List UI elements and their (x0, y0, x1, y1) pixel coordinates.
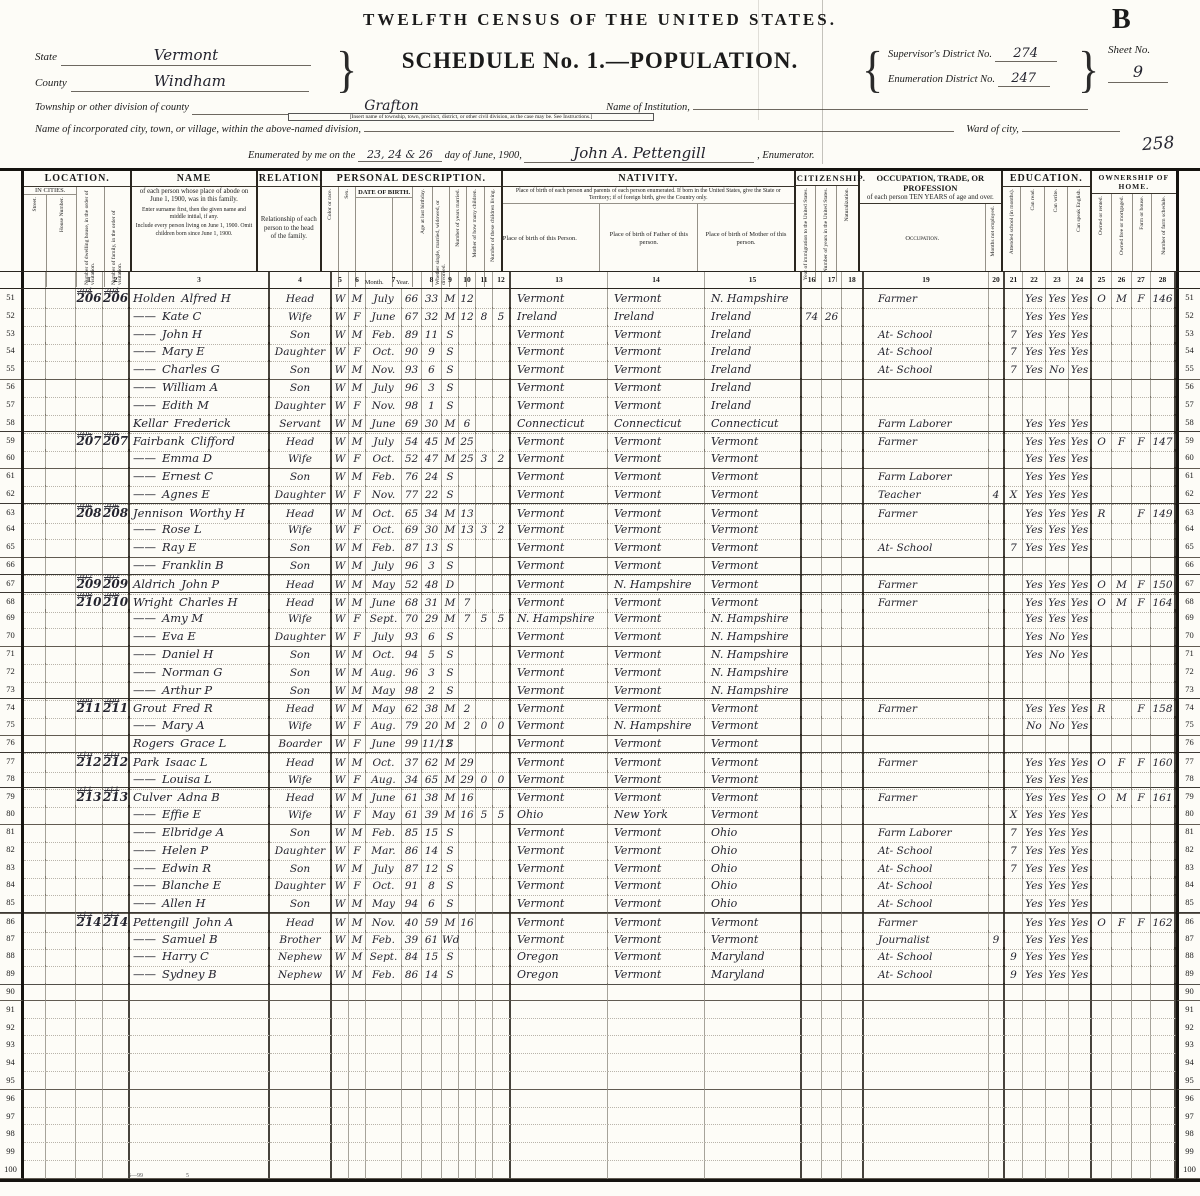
table-row: 56——William ASonWMJuly963SVermontVermont… (0, 378, 1200, 396)
fob-column-label: Place of birth of Father of this person. (600, 229, 697, 247)
cell-mort (1112, 1143, 1132, 1161)
cell-mcl (493, 1019, 511, 1037)
table-row: 9898 (0, 1125, 1200, 1143)
cell-family (103, 1143, 130, 1161)
nativity-desc: Place of birth of each person and parent… (503, 187, 794, 204)
table-row: 9090 (0, 983, 1200, 1001)
cell-read (1023, 1072, 1046, 1090)
table-row: 87——Samuel BBrotherWMFeb.3961WdVermontVe… (0, 930, 1200, 948)
cell-mcl (493, 1072, 511, 1090)
row-number: 99 (1176, 1143, 1200, 1161)
column-number: 23 (1046, 272, 1069, 288)
cell-pob (511, 1125, 608, 1143)
cell-mcl (493, 1036, 511, 1054)
cell-name (130, 1161, 270, 1179)
cell-age (422, 1125, 442, 1143)
table-row: 77210212210212ParkIsaac LHeadWMOct.3762M… (0, 752, 1200, 770)
enumerated-dates: 23, 24 & 26 (367, 148, 433, 161)
cell-eng (1069, 1108, 1092, 1126)
cell-ym (459, 1054, 476, 1072)
years-married-column-label: Number of years married. (455, 187, 461, 249)
cell-house (46, 1036, 76, 1054)
cell-sex (349, 1090, 366, 1108)
cell-own (1092, 1161, 1112, 1179)
cell-read (1023, 1036, 1046, 1054)
table-row: 58KellarFrederickServantWMJune6930M6Conn… (0, 414, 1200, 432)
table-row: 62——Agnes EDaughterWFNov.7722SVermontVer… (0, 485, 1200, 503)
column-number: 5 (332, 272, 349, 288)
cell-dwelling (76, 1161, 103, 1179)
cell-mob (705, 1090, 802, 1108)
institution-label: Name of Institution, (606, 102, 690, 113)
row-number: 95 (1176, 1072, 1200, 1090)
cell-imm (802, 1161, 822, 1179)
group-name-title: NAME (132, 171, 256, 187)
cell-fob (608, 1054, 705, 1072)
cell-pob (511, 983, 608, 1001)
column-number: 26 (1112, 272, 1132, 288)
cell-fob (608, 1125, 705, 1143)
group-personal-title: PERSONAL DESCRIPTION. (322, 171, 501, 187)
column-number: 25 (1092, 272, 1112, 288)
row-number: 97 (0, 1108, 24, 1126)
cell-own (1092, 1001, 1112, 1019)
cell-eng (1069, 1090, 1092, 1108)
cell-mne (989, 1143, 1005, 1161)
cell-moc (476, 983, 493, 1001)
table-row: 75——Mary AWifeWFAug.7920M200VermontN. Ha… (0, 716, 1200, 734)
cell-pob (511, 1143, 608, 1161)
column-number: 16 (802, 272, 822, 288)
cell-ym (459, 1019, 476, 1037)
can-english-column-label: Can speak English. (1076, 187, 1082, 234)
cell-name (130, 1054, 270, 1072)
cell-write (1046, 1036, 1069, 1054)
county-value: Windham (154, 72, 226, 90)
cell-month (366, 1108, 402, 1126)
cell-year (402, 1125, 422, 1143)
cell-moc (476, 1019, 493, 1037)
cell-dwelling (76, 1108, 103, 1126)
cell-street (24, 1001, 46, 1019)
cell-house (46, 1125, 76, 1143)
column-number-row: 1234567891011121314151617181920212223242… (0, 272, 1200, 289)
county-field: County Windham (35, 72, 309, 92)
cell-marital (442, 1143, 459, 1161)
months-not-employed-column-label: Months not employed. (990, 204, 996, 259)
can-read-column-label: Can read. (1030, 187, 1036, 212)
cell-sex (349, 1001, 366, 1019)
enumerated-mid: day of June, 1900, (445, 150, 522, 161)
table-row: 70——Eva EDaughterWFJuly936SVermontVermon… (0, 627, 1200, 645)
cell-dwelling (76, 983, 103, 1001)
cell-own (1092, 1054, 1112, 1072)
cell-farm (1132, 1143, 1151, 1161)
cell-pob (511, 1036, 608, 1054)
cell-nat (842, 1072, 864, 1090)
cell-own (1092, 1019, 1112, 1037)
cell-sex (349, 1072, 366, 1090)
cell-yus (822, 1161, 842, 1179)
cell-sex (349, 983, 366, 1001)
cell-month (366, 1090, 402, 1108)
cell-moc (476, 1143, 493, 1161)
page-letter: B (1112, 4, 1131, 36)
cell-month (366, 983, 402, 1001)
cell-occ (864, 1108, 989, 1126)
cell-imm (802, 1090, 822, 1108)
cell-write (1046, 1143, 1069, 1161)
cell-occ (864, 1143, 989, 1161)
cell-mne (989, 1072, 1005, 1090)
cell-marital (442, 1161, 459, 1179)
cell-own (1092, 1125, 1112, 1143)
age-column-label: Age at last birthday. (420, 187, 426, 236)
cell-dwelling (76, 1143, 103, 1161)
cell-farm (1132, 1001, 1151, 1019)
children-living-column-label: Number of these children living. (490, 187, 496, 264)
cell-marital (442, 1072, 459, 1090)
cell-month (366, 1019, 402, 1037)
cell-mcl (493, 1054, 511, 1072)
cell-relation (270, 1161, 332, 1179)
cell-mort (1112, 1036, 1132, 1054)
cell-fob (608, 1161, 705, 1179)
cell-write (1046, 1054, 1069, 1072)
column-number: 28 (1151, 272, 1176, 288)
street-column-label: Street. (32, 195, 38, 213)
cell-own (1092, 1143, 1112, 1161)
cell-family (103, 1036, 130, 1054)
cell-sch (1005, 1072, 1023, 1090)
row-number: 94 (1176, 1054, 1200, 1072)
in-cities-label: IN CITIES. (24, 187, 76, 195)
cell-house (46, 1072, 76, 1090)
cell-imm (802, 1001, 822, 1019)
cell-sched (1151, 1108, 1176, 1126)
cell-sch (1005, 1090, 1023, 1108)
census-sheet: TWELFTH CENSUS OF THE UNITED STATES. B S… (0, 0, 1200, 1196)
cell-moc (476, 1054, 493, 1072)
cell-family (103, 1108, 130, 1126)
table-row: 73——Arthur PSonWMMay982SVermontVermontN.… (0, 681, 1200, 699)
cell-relation (270, 1054, 332, 1072)
cell-farm (1132, 1019, 1151, 1037)
cell-yus (822, 1001, 842, 1019)
cell-mort (1112, 1125, 1132, 1143)
cell-mob (705, 1143, 802, 1161)
cell-own (1092, 1072, 1112, 1090)
cell-ym (459, 983, 476, 1001)
cell-pob (511, 1054, 608, 1072)
cell-fob (608, 1072, 705, 1090)
cell-yus (822, 1108, 842, 1126)
cell-own (1092, 1036, 1112, 1054)
sheet-number-field: Sheet No. 9 (1108, 44, 1188, 83)
cell-name (130, 1072, 270, 1090)
cell-write (1046, 1125, 1069, 1143)
cell-read (1023, 1001, 1046, 1019)
cell-imm (802, 1072, 822, 1090)
cell-eng (1069, 1019, 1092, 1037)
cell-mort (1112, 1072, 1132, 1090)
column-number: 20 (989, 272, 1005, 288)
row-number: 97 (1176, 1108, 1200, 1126)
column-number (24, 272, 46, 288)
cell-read (1023, 1161, 1046, 1179)
cell-sex (349, 1036, 366, 1054)
cell-read (1023, 1125, 1046, 1143)
cell-write (1046, 1019, 1069, 1037)
cell-write (1046, 1001, 1069, 1019)
cell-sched (1151, 1054, 1176, 1072)
header-right-margin (1176, 171, 1200, 271)
cell-age (422, 1072, 442, 1090)
cell-mob (705, 1161, 802, 1179)
supervisors-district-value: 274 (1013, 46, 1038, 61)
brace-left-district: { (862, 40, 883, 99)
cell-marital (442, 1125, 459, 1143)
cell-age (422, 1090, 442, 1108)
cell-pob (511, 1108, 608, 1126)
state-value: Vermont (154, 46, 218, 64)
enumerated-prefix: Enumerated by me on the (248, 150, 355, 161)
column-number: 13 (511, 272, 608, 288)
cell-street (24, 1054, 46, 1072)
cell-moc (476, 1108, 493, 1126)
table-row: 74209211209211GroutFred RHeadWMMay6238M2… (0, 698, 1200, 716)
cell-sched (1151, 1125, 1176, 1143)
cell-farm (1132, 1036, 1151, 1054)
cell-nat (842, 1125, 864, 1143)
name-desc-2: Enter surname first, then the given name… (132, 206, 256, 222)
column-number: 10 (459, 272, 476, 288)
cell-marital (442, 1019, 459, 1037)
cell-relation (270, 983, 332, 1001)
group-education-title: EDUCATION. (1003, 171, 1090, 187)
table-row: 9191 (0, 1001, 1200, 1019)
cell-fob (608, 1090, 705, 1108)
column-number (46, 272, 76, 288)
cell-name (130, 1125, 270, 1143)
sheet-header: TWELFTH CENSUS OF THE UNITED STATES. B S… (0, 0, 1200, 166)
cell-imm (802, 1054, 822, 1072)
group-personal: PERSONAL DESCRIPTION. Color or race. Sex… (322, 171, 503, 271)
row-number: 92 (0, 1019, 24, 1037)
cell-imm (802, 1143, 822, 1161)
table-row: 89——Sydney BNephewWMFeb.8614SOregonVermo… (0, 965, 1200, 983)
cell-mort (1112, 983, 1132, 1001)
cell-farm (1132, 1108, 1151, 1126)
row-number: 98 (0, 1125, 24, 1143)
cell-mort (1112, 1161, 1132, 1179)
cell-name (130, 983, 270, 1001)
group-relation: RELATION. Relationship of each person to… (258, 171, 322, 271)
cell-year (402, 983, 422, 1001)
cell-street (24, 1143, 46, 1161)
table-row: 63206208206208JennisonWorthy HHeadWMOct.… (0, 503, 1200, 521)
cell-write (1046, 983, 1069, 1001)
cell-marital (442, 1036, 459, 1054)
cell-sch (1005, 1054, 1023, 1072)
column-number: 24 (1069, 272, 1092, 288)
table-row: 84——Blanche EDaughterWFOct.918SVermontVe… (0, 876, 1200, 894)
cell-relation (270, 1143, 332, 1161)
cell-fob (608, 1108, 705, 1126)
cell-age (422, 1161, 442, 1179)
table-row: 82——Helen PDaughterWFMar.8614SVermontVer… (0, 841, 1200, 859)
row-number: 93 (0, 1036, 24, 1054)
cell-year (402, 1161, 422, 1179)
cell-month (366, 1072, 402, 1090)
group-name: NAME of each person whose place of abode… (132, 171, 258, 271)
cell-relation (270, 1001, 332, 1019)
cell-mob (705, 1054, 802, 1072)
cell-sch (1005, 1108, 1023, 1126)
district-block: Supervisor's District No. 274 Enumeratio… (888, 46, 1098, 96)
print-code-2: 5 (186, 1173, 189, 1179)
cell-dwelling (76, 1019, 103, 1037)
table-row: 80——Effie EWifeWFMay6139M1655OhioNew Yor… (0, 805, 1200, 823)
farm-schedule-column-label: Number of farm schedule. (1161, 194, 1167, 257)
cell-imm (802, 1125, 822, 1143)
table-header: LOCATION. IN CITIES. Street. House Numbe… (0, 171, 1200, 272)
cell-yus (822, 1036, 842, 1054)
cell-house (46, 1090, 76, 1108)
cell-mne (989, 983, 1005, 1001)
table-row: 9595 (0, 1072, 1200, 1090)
cell-relation (270, 1090, 332, 1108)
cell-house (46, 1001, 76, 1019)
sheet-number-value: 9 (1133, 62, 1143, 81)
cell-mcl (493, 983, 511, 1001)
cell-nat (842, 1019, 864, 1037)
cell-sch (1005, 983, 1023, 1001)
column-number: 9 (442, 272, 459, 288)
cell-nat (842, 1001, 864, 1019)
table-row: 61——Ernest CSonWMFeb.7624SVermontVermont… (0, 467, 1200, 485)
cell-imm (802, 1108, 822, 1126)
table-row: 68208210208210WrightCharles HHeadWMJune6… (0, 592, 1200, 610)
cell-imm (802, 1019, 822, 1037)
table-row: 9292 (0, 1019, 1200, 1037)
cell-month (366, 1125, 402, 1143)
cell-yus (822, 1090, 842, 1108)
cell-color (332, 1090, 349, 1108)
table-row: 55——Charles GSonWMNov.936SVermontVermont… (0, 360, 1200, 378)
cell-yus (822, 1072, 842, 1090)
cell-fob (608, 1036, 705, 1054)
table-row: 69——Amy MWifeWFSept.7029M755N. Hampshire… (0, 609, 1200, 627)
table-row: 9797 (0, 1108, 1200, 1126)
cell-marital (442, 1108, 459, 1126)
table-row: 60——Emma DWifeWFOct.5247M2532VermontVerm… (0, 449, 1200, 467)
table-row: 78——Louisa LWifeWFAug.3465M2900VermontVe… (0, 770, 1200, 788)
cell-mcl (493, 1108, 511, 1126)
supervisors-district-label: Supervisor's District No. (888, 49, 992, 60)
cell-mne (989, 1090, 1005, 1108)
cell-pob (511, 1161, 608, 1179)
cell-yus (822, 1125, 842, 1143)
cell-imm (802, 983, 822, 1001)
cell-mne (989, 1125, 1005, 1143)
cell-ym (459, 1125, 476, 1143)
cell-mort (1112, 1019, 1132, 1037)
table-body: 51204206204206HoldenAlfred HHeadWMJuly66… (0, 289, 1200, 1182)
cell-month (366, 1036, 402, 1054)
supervisors-district-field: Supervisor's District No. 274 (888, 46, 1098, 62)
cell-name (130, 1019, 270, 1037)
table-row: 81——Elbridge ASonWMFeb.8515SVermontVermo… (0, 823, 1200, 841)
cell-house (46, 1019, 76, 1037)
column-number: 6 (349, 272, 366, 288)
cell-mort (1112, 1108, 1132, 1126)
mob-column-label: Place of birth of Mother of this person. (698, 229, 794, 247)
cell-name (130, 1001, 270, 1019)
cell-farm (1132, 983, 1151, 1001)
cell-mne (989, 1054, 1005, 1072)
cell-write (1046, 1072, 1069, 1090)
cell-color (332, 1054, 349, 1072)
table-row: 100100 (0, 1161, 1200, 1179)
cell-house (46, 1054, 76, 1072)
cell-moc (476, 1036, 493, 1054)
cell-eng (1069, 1054, 1092, 1072)
cell-relation (270, 1072, 332, 1090)
group-ownership: OWNERSHIP OF HOME. Owned or rented. Owne… (1092, 171, 1176, 271)
cell-pob (511, 1072, 608, 1090)
name-desc-1: of each person whose place of abode on J… (132, 187, 256, 206)
cell-ym (459, 1161, 476, 1179)
years-us-column-label: Number of years in the United States. (823, 186, 829, 274)
cell-mort (1112, 1054, 1132, 1072)
census-title: TWELFTH CENSUS OF THE UNITED STATES. (0, 10, 1200, 30)
cell-family (103, 1019, 130, 1037)
table-row: 51204206204206HoldenAlfred HHeadWMJuly66… (0, 289, 1200, 307)
cell-age (422, 1001, 442, 1019)
cell-street (24, 1036, 46, 1054)
group-ownership-title: OWNERSHIP OF HOME. (1092, 171, 1176, 194)
row-number: 90 (1176, 983, 1200, 1001)
table-row: 85——Allen HSonWMMay946SVermontVermontOhi… (0, 894, 1200, 912)
city-label: Name of incorporated city, town, or vill… (35, 124, 361, 135)
cell-color (332, 1036, 349, 1054)
cell-age (422, 1054, 442, 1072)
table-row: 9696 (0, 1090, 1200, 1108)
cell-ym (459, 1108, 476, 1126)
cell-occ (864, 1072, 989, 1090)
row-number: 96 (0, 1090, 24, 1108)
row-number: 99 (0, 1143, 24, 1161)
township-note: [Insert name of township, town, precinct… (288, 113, 654, 121)
cell-month (366, 1001, 402, 1019)
cell-year (402, 1108, 422, 1126)
group-location-title: LOCATION. (24, 171, 130, 187)
table-row: 59205207205207FairbankCliffordHeadWMJuly… (0, 431, 1200, 449)
cell-sch (1005, 1143, 1023, 1161)
cell-fob (608, 983, 705, 1001)
enumeration-line: Enumerated by me on the 23, 24 & 26 day … (248, 144, 1148, 163)
cell-year (402, 1019, 422, 1037)
occupation-column-label: Occupation. (905, 233, 939, 243)
naturalization-column-label: Naturalization. (844, 186, 850, 223)
column-number: 18 (842, 272, 864, 288)
cell-color (332, 1001, 349, 1019)
row-number: 91 (1176, 1001, 1200, 1019)
column-number: 12 (493, 272, 511, 288)
cell-year (402, 1072, 422, 1090)
cell-age (422, 1036, 442, 1054)
